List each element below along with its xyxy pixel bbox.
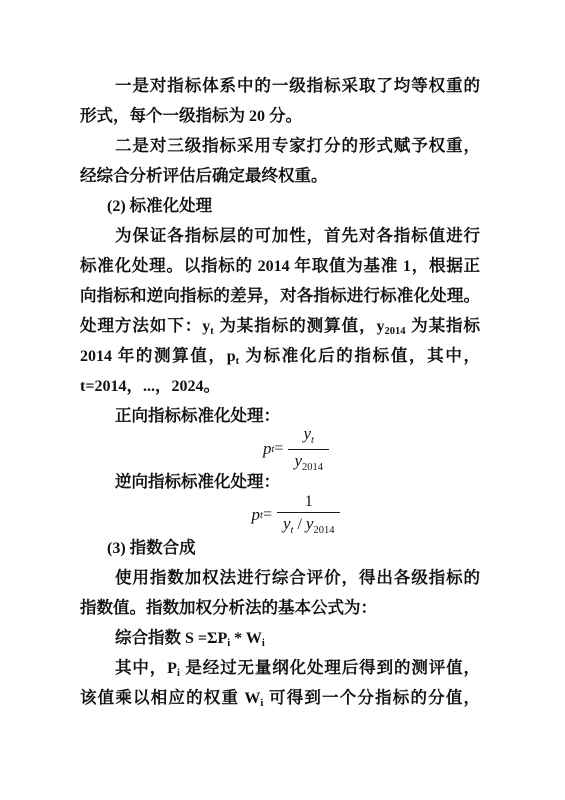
para-weights1-line2: 形式，每个一级指标为 20 分。 (80, 101, 480, 131)
para-weights2-line2: 经综合分析评估后确定最终权重。 (80, 161, 480, 191)
para-weights1-line1: 一是对指标体系中的一级指标采取了均等权重的 (80, 71, 480, 101)
para-standardization-line3: 向指标和逆向指标的差异，对各指标进行标准化处理。 (80, 281, 480, 311)
para-weights2-line1: 二是对三级指标采用专家打分的形式赋予权重， (80, 131, 480, 161)
formula-positive-indicator: pt = yty2014 (80, 431, 480, 467)
para-standardization-line2: 标准化处理。以指标的 2014 年取值为基准 1，根据正 (80, 251, 480, 281)
document-content: 一是对指标体系中的一级指标采取了均等权重的形式，每个一级指标为 20 分。二是对… (0, 0, 565, 713)
composite-index-formula: 综合指数 S =ΣPi * Wi (80, 623, 480, 653)
para-explain-line1: 其中，Pi 是经过无量纲化处理后得到的测评值， (80, 653, 480, 683)
para-standardization-line5: 2014 年的测算值，pt 为标准化后的指标值，其中， (80, 341, 480, 371)
para-standardization-line1: 为保证各指标层的可加性，首先对各指标值进行 (80, 221, 480, 251)
document-page: 一是对指标体系中的一级指标采取了均等权重的形式，每个一级指标为 20 分。二是对… (0, 0, 565, 800)
heading-standardization: (2) 标准化处理 (80, 191, 480, 221)
formula-negative-indicator: pt = 1yt / y2014 (80, 497, 480, 533)
para-synthesis-line2: 指数值。指数加权分析法的基本公式为： (80, 593, 480, 623)
para-standardization-line6: t=2014，...，2024。 (80, 371, 480, 401)
heading-index-synthesis: (3) 指数合成 (80, 533, 480, 563)
para-standardization-line4: 处理方法如下：yt 为某指标的测算值，y2014 为某指标 (80, 311, 480, 341)
para-synthesis-line1: 使用指数加权法进行综合评价，得出各级指标的 (80, 563, 480, 593)
para-explain-line2: 该值乘以相应的权重 Wi 可得到一个分指标的分值， (80, 683, 480, 713)
